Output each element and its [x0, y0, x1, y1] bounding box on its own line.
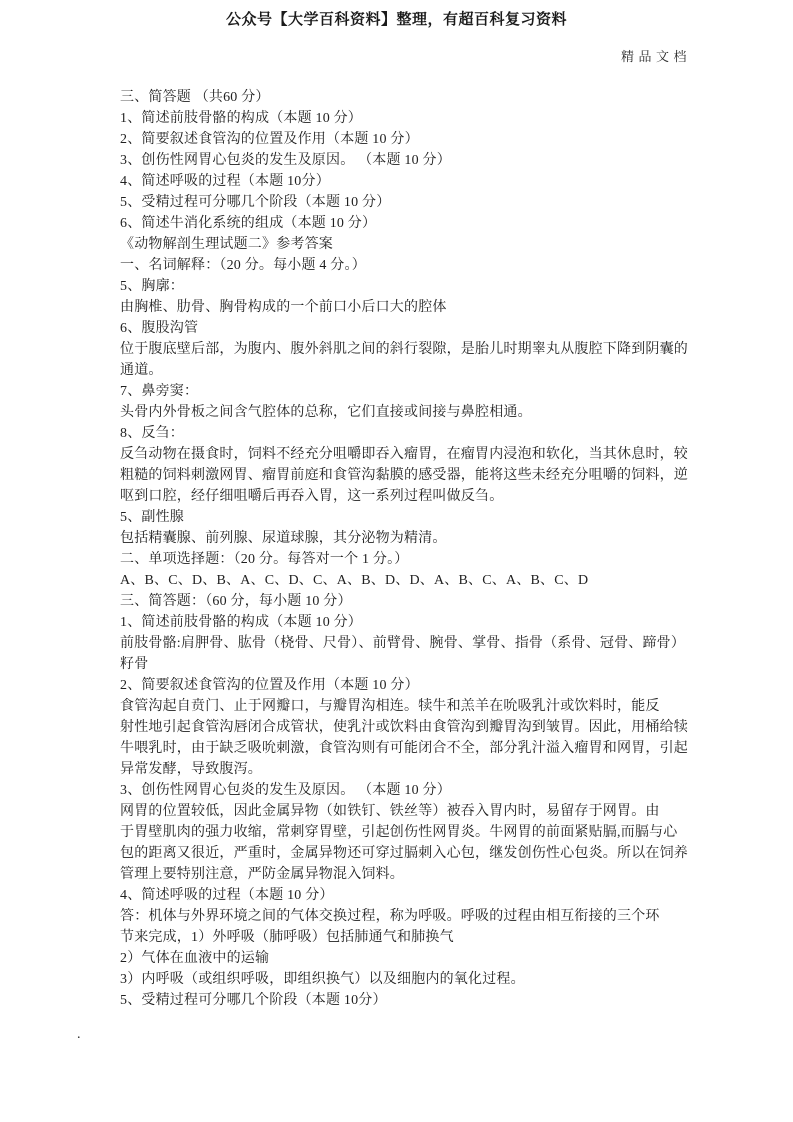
- text-line: 《动物解剖生理试题二》参考答案: [120, 234, 700, 255]
- text-line: 节来完成，1）外呼吸（肺呼吸）包括肺通气和肺换气: [120, 927, 700, 948]
- text-line: 管理上要特别注意，严防金属异物混入饲料。: [120, 864, 700, 885]
- text-line: 于胃壁肌肉的强力收缩，常刺穿胃壁，引起创伤性网胃炎。牛网胃的前面紧贴膈,而膈与心: [120, 822, 700, 843]
- text-line: 二、单项选择题：（20 分。每答对一个 1 分。）: [120, 549, 700, 570]
- text-line: 6、腹股沟管: [120, 318, 700, 339]
- header-banner: 公众号【大学百科资料】整理，有超百科复习资料: [0, 8, 793, 29]
- text-line: 射性地引起食管沟唇闭合成管状，使乳汁或饮料由食管沟到瓣胃沟到皱胃。因此，用桶给犊: [120, 717, 700, 738]
- text-line: 头骨内外骨板之间含气腔体的总称，它们直接或间接与鼻腔相通。: [120, 402, 700, 423]
- text-line: 4、简述呼吸的过程（本题 10分）: [120, 171, 700, 192]
- text-line: 食管沟起自贲门、止于网瓣口，与瓣胃沟相连。犊牛和羔羊在吮吸乳汁或饮料时，能反: [120, 696, 700, 717]
- text-line: 三、简答题 （共60 分）: [120, 87, 700, 108]
- text-line: 3）内呼吸（或组织呼吸，即组织换气）以及细胞内的氧化过程。: [120, 969, 700, 990]
- text-line: 5、受精过程可分哪几个阶段（本题 10 分）: [120, 192, 700, 213]
- text-line: 3、创伤性网胃心包炎的发生及原因。 （本题 10 分）: [120, 150, 700, 171]
- text-line: 网胃的位置较低，因此金属异物（如铁钉、铁丝等）被吞入胃内时，易留存于网胃。由: [120, 801, 700, 822]
- text-line: 通道。: [120, 360, 700, 381]
- text-line: 位于腹底壁后部，为腹内、腹外斜肌之间的斜行裂隙，是胎儿时期睾丸从腹腔下降到阴囊的: [120, 339, 700, 360]
- text-line: 7、鼻旁窦：: [120, 381, 700, 402]
- text-line: 前肢骨骼:肩胛骨、肱骨（桡骨、尺骨）、前臂骨、腕骨、掌骨、指骨（系骨、冠骨、蹄骨…: [120, 633, 700, 654]
- text-line: 呕到口腔，经仔细咀嚼后再吞入胃，这一系列过程叫做反刍。: [120, 486, 700, 507]
- stray-period: .: [77, 1028, 81, 1042]
- text-line: 6、简述牛消化系统的组成（本题 10 分）: [120, 213, 700, 234]
- document-body: 三、简答题 （共60 分）1、简述前肢骨骼的构成（本题 10 分）2、简要叙述食…: [120, 87, 700, 1011]
- text-line: 粗糙的饲料刺激网胃、瘤胃前庭和食管沟黏膜的感受器，能将这些未经充分咀嚼的饲料，逆: [120, 465, 700, 486]
- document-page: 公众号【大学百科资料】整理，有超百科复习资料 精品文档 三、简答题 （共60 分…: [0, 0, 793, 1122]
- text-line: 1、简述前肢骨骼的构成（本题 10 分）: [120, 612, 700, 633]
- text-line: 4、简述呼吸的过程（本题 10 分）: [120, 885, 700, 906]
- watermark-label: 精品文档: [621, 46, 691, 65]
- text-line: 三、简答题：（60 分，每小题 10 分）: [120, 591, 700, 612]
- text-line: 2）气体在血液中的运输: [120, 948, 700, 969]
- text-line: 牛喂乳时，由于缺乏吸吮刺激，食管沟则有可能闭合不全，部分乳汁溢入瘤胃和网胃，引起: [120, 738, 700, 759]
- text-line: 1、简述前肢骨骼的构成（本题 10 分）: [120, 108, 700, 129]
- text-line: 3、创伤性网胃心包炎的发生及原因。 （本题 10 分）: [120, 780, 700, 801]
- text-line: 包括精囊腺、前列腺、尿道球腺，其分泌物为精清。: [120, 528, 700, 549]
- text-line: 异常发酵，导致腹泻。: [120, 759, 700, 780]
- text-line: 答：机体与外界环境之间的气体交换过程，称为呼吸。呼吸的过程由相互衔接的三个环: [120, 906, 700, 927]
- text-line: 一、名词解释：（20 分。每小题 4 分。）: [120, 255, 700, 276]
- text-line: 2、简要叙述食管沟的位置及作用（本题 10 分）: [120, 675, 700, 696]
- text-line: A、B、C、D、B、A、C、D、C、A、B、D、D、A、B、C、A、B、C、D: [120, 570, 700, 591]
- text-line: 5、副性腺: [120, 507, 700, 528]
- text-line: 反刍动物在摄食时，饲料不经充分咀嚼即吞入瘤胃，在瘤胃内浸泡和软化，当其休息时，较: [120, 444, 700, 465]
- text-line: 8、反刍：: [120, 423, 700, 444]
- text-line: 5、胸廓：: [120, 276, 700, 297]
- text-line: 包的距离又很近，严重时，金属异物还可穿过膈刺入心包，继发创伤性心包炎。所以在饲养: [120, 843, 700, 864]
- text-line: 2、简要叙述食管沟的位置及作用（本题 10 分）: [120, 129, 700, 150]
- text-line: 5、受精过程可分哪几个阶段（本题 10分）: [120, 990, 700, 1011]
- text-line: 由胸椎、肋骨、胸骨构成的一个前口小后口大的腔体: [120, 297, 700, 318]
- text-line: 籽骨: [120, 654, 700, 675]
